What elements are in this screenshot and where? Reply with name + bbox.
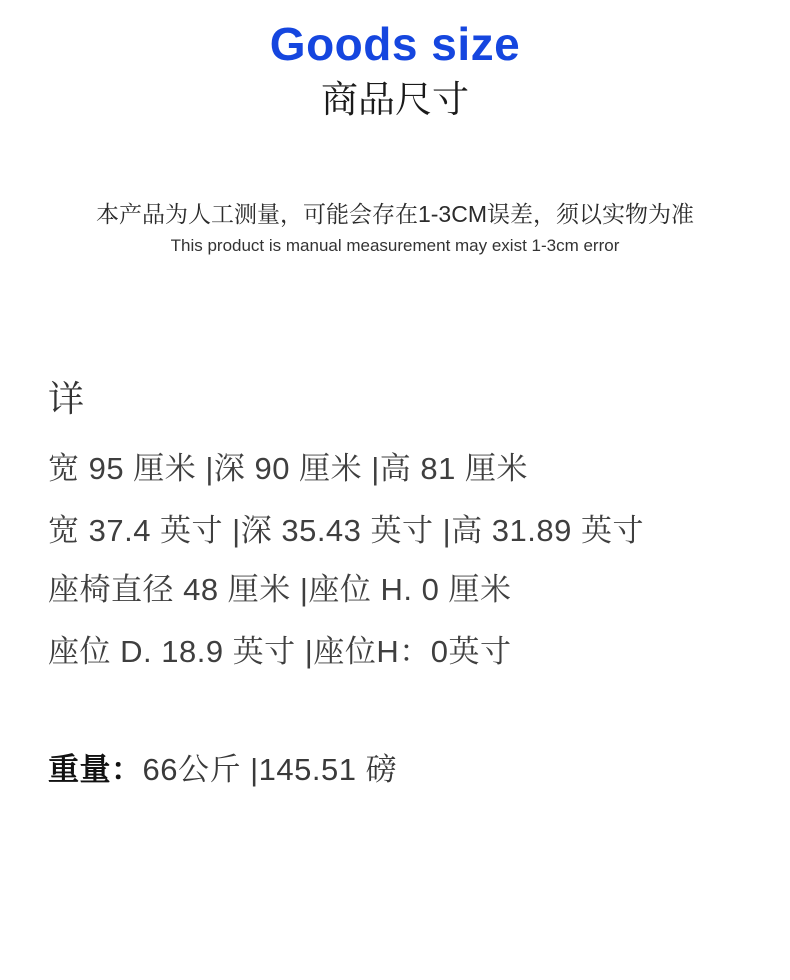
seat-size-line-cm: 座椅直径 48 厘米 |座位 H. 0 厘米	[48, 571, 511, 609]
size-line-cm: 宽 95 厘米 |深 90 厘米 |高 81 厘米	[48, 450, 528, 488]
page-title-chinese: 商品尺寸	[0, 79, 790, 121]
seat-size-line-inch: 座位 D. 18.9 英寸 |座位H：0英寸	[48, 633, 511, 671]
measurement-disclaimer-english: This product is manual measurement may e…	[0, 234, 790, 258]
weight-label: 重量：	[48, 752, 143, 787]
weight-value: 66公斤 |145.51 磅	[143, 752, 398, 787]
details-heading: 详	[48, 378, 84, 420]
size-line-inch: 宽 37.4 英寸 |深 35.43 英寸 |高 31.89 英寸	[48, 512, 644, 550]
page-title-english: Goods size	[0, 18, 790, 70]
goods-size-page: Goods size 商品尺寸 本产品为人工测量，可能会存在1-3CM误差，须以…	[0, 0, 790, 980]
weight-line: 重量：66公斤 |145.51 磅	[48, 751, 397, 789]
measurement-disclaimer-chinese: 本产品为人工测量，可能会存在1-3CM误差，须以实物为准	[0, 199, 790, 229]
